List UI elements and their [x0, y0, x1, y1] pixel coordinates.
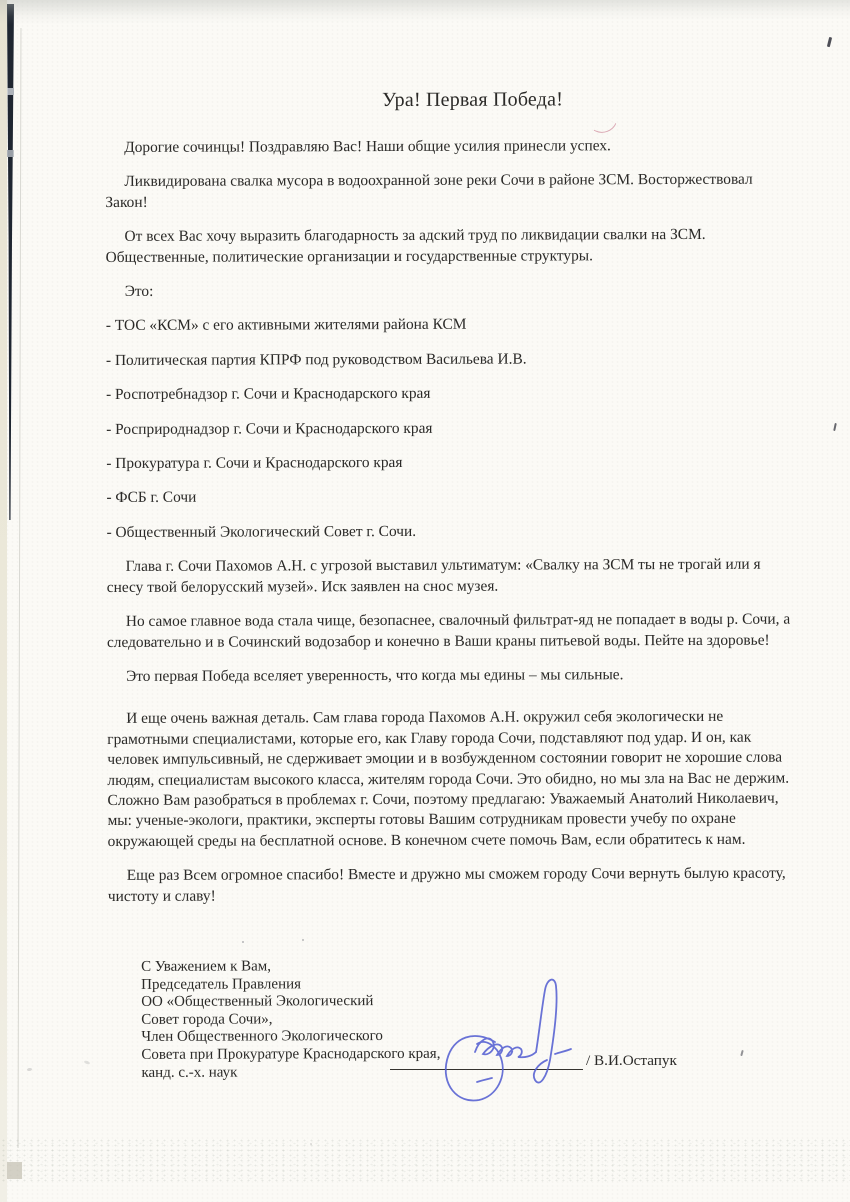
- scanned-letter-page: Ура! Первая Победа! Дорогие сочинцы! Поз…: [0, 0, 850, 1202]
- letter-content: Ура! Первая Победа! Дорогие сочинцы! Поз…: [105, 85, 848, 1082]
- ink-tick-mark: [827, 37, 832, 47]
- text-line: людям, специалистам высокого класса, жит…: [107, 768, 847, 791]
- text-line: - Общественный Экологический Совет г. Со…: [107, 520, 847, 543]
- list-item: - Роспотребнадзор г. Сочи и Краснодарско…: [106, 383, 846, 406]
- ink-speck: [84, 1060, 91, 1065]
- text-line: - Политическая партия КПРФ под руководст…: [106, 348, 846, 371]
- text-line: Это первая Победа вселяет уверенность, ч…: [107, 664, 847, 687]
- paragraph: От всех Вас хочу выразить благодарность …: [105, 225, 845, 268]
- text-line: Это:: [106, 279, 846, 302]
- text-line: - Роспотребнадзор г. Сочи и Краснодарско…: [106, 383, 846, 406]
- list-item: - ТОС «КСМ» с его активными жителями рай…: [106, 314, 846, 337]
- page-edge-shadow-bar: [0, 0, 26, 1202]
- text-line: следовательно и в Сочинский водозабор и …: [107, 630, 847, 653]
- paragraph: Дорогие сочинцы! Поздравляю Вас! Наши об…: [105, 135, 845, 158]
- scan-corner-chip: [7, 1162, 22, 1179]
- handwritten-signature: [435, 972, 605, 1112]
- text-line: грамотными специалистами, которые его, к…: [107, 727, 847, 750]
- list-item: - Росприроднадзор г. Сочи и Краснодарско…: [106, 417, 846, 440]
- text-line: Еще раз Всем огромное спасибо! Вместе и …: [108, 864, 848, 887]
- list-item: - Общественный Экологический Совет г. Со…: [107, 520, 847, 543]
- text-line: Сложно Вам разобраться в проблемах г. Со…: [107, 788, 847, 811]
- scan-noise-band: [0, 1138, 850, 1182]
- list-item: - Политическая партия КПРФ под руководст…: [106, 348, 846, 371]
- scan-top-shadow: [0, 0, 850, 25]
- ink-speck: [27, 1068, 32, 1072]
- text-line: От всех Вас хочу выразить благодарность …: [105, 225, 845, 248]
- paragraph: Это:: [106, 279, 846, 302]
- text-line: Общественные, политические организации и…: [106, 245, 846, 268]
- text-line: Но самое главное вода стала чище, безопа…: [107, 610, 847, 633]
- paragraph: Еще раз Всем огромное спасибо! Вместе и …: [108, 864, 848, 907]
- paragraph: Это первая Победа вселяет уверенность, ч…: [107, 664, 847, 687]
- paragraph: Но самое главное вода стала чище, безопа…: [107, 610, 847, 653]
- text-line: И еще очень важная деталь. Сам глава гор…: [107, 707, 847, 730]
- text-line: мы: ученые-экологи, практики, эксперты г…: [108, 809, 848, 832]
- text-line: - Росприроднадзор г. Сочи и Краснодарско…: [106, 417, 846, 440]
- text-line: Дорогие сочинцы! Поздравляю Вас! Наши об…: [105, 135, 845, 158]
- text-line: чистоту и славу!: [108, 884, 848, 907]
- text-line: человек импульсивный, не сдерживает эмоц…: [107, 748, 847, 771]
- list-item: - Прокуратура г. Сочи и Краснодарского к…: [106, 451, 846, 474]
- paragraph: Глава г. Сочи Пахомов А.Н. с угрозой выс…: [107, 555, 847, 598]
- letter-title: Ура! Первая Победа!: [119, 85, 826, 113]
- text-line: окружающей среды на бесплатной основе. В…: [108, 829, 848, 852]
- text-line: - Прокуратура г. Сочи и Краснодарского к…: [106, 451, 846, 474]
- text-line: Закон!: [105, 190, 845, 213]
- text-line: Ликвидирована свалка мусора в водоохранн…: [105, 170, 845, 193]
- signatory-name: / В.И.Остапук: [586, 1052, 677, 1070]
- ink-speck: [310, 1143, 312, 1145]
- paragraph: Ликвидирована свалка мусора в водоохранн…: [105, 170, 845, 213]
- letter-body: Дорогие сочинцы! Поздравляю Вас! Наши об…: [105, 135, 848, 907]
- text-line: Глава г. Сочи Пахомов А.Н. с угрозой выс…: [107, 555, 847, 578]
- text-line: - ТОС «КСМ» с его активными жителями рай…: [106, 314, 846, 337]
- text-line: снесу твой белорусский музей». Иск заявл…: [107, 575, 847, 598]
- paragraph: И еще очень важная деталь. Сам глава гор…: [107, 707, 847, 852]
- text-line: - ФСБ г. Сочи: [106, 486, 846, 509]
- list-item: - ФСБ г. Сочи: [106, 486, 846, 509]
